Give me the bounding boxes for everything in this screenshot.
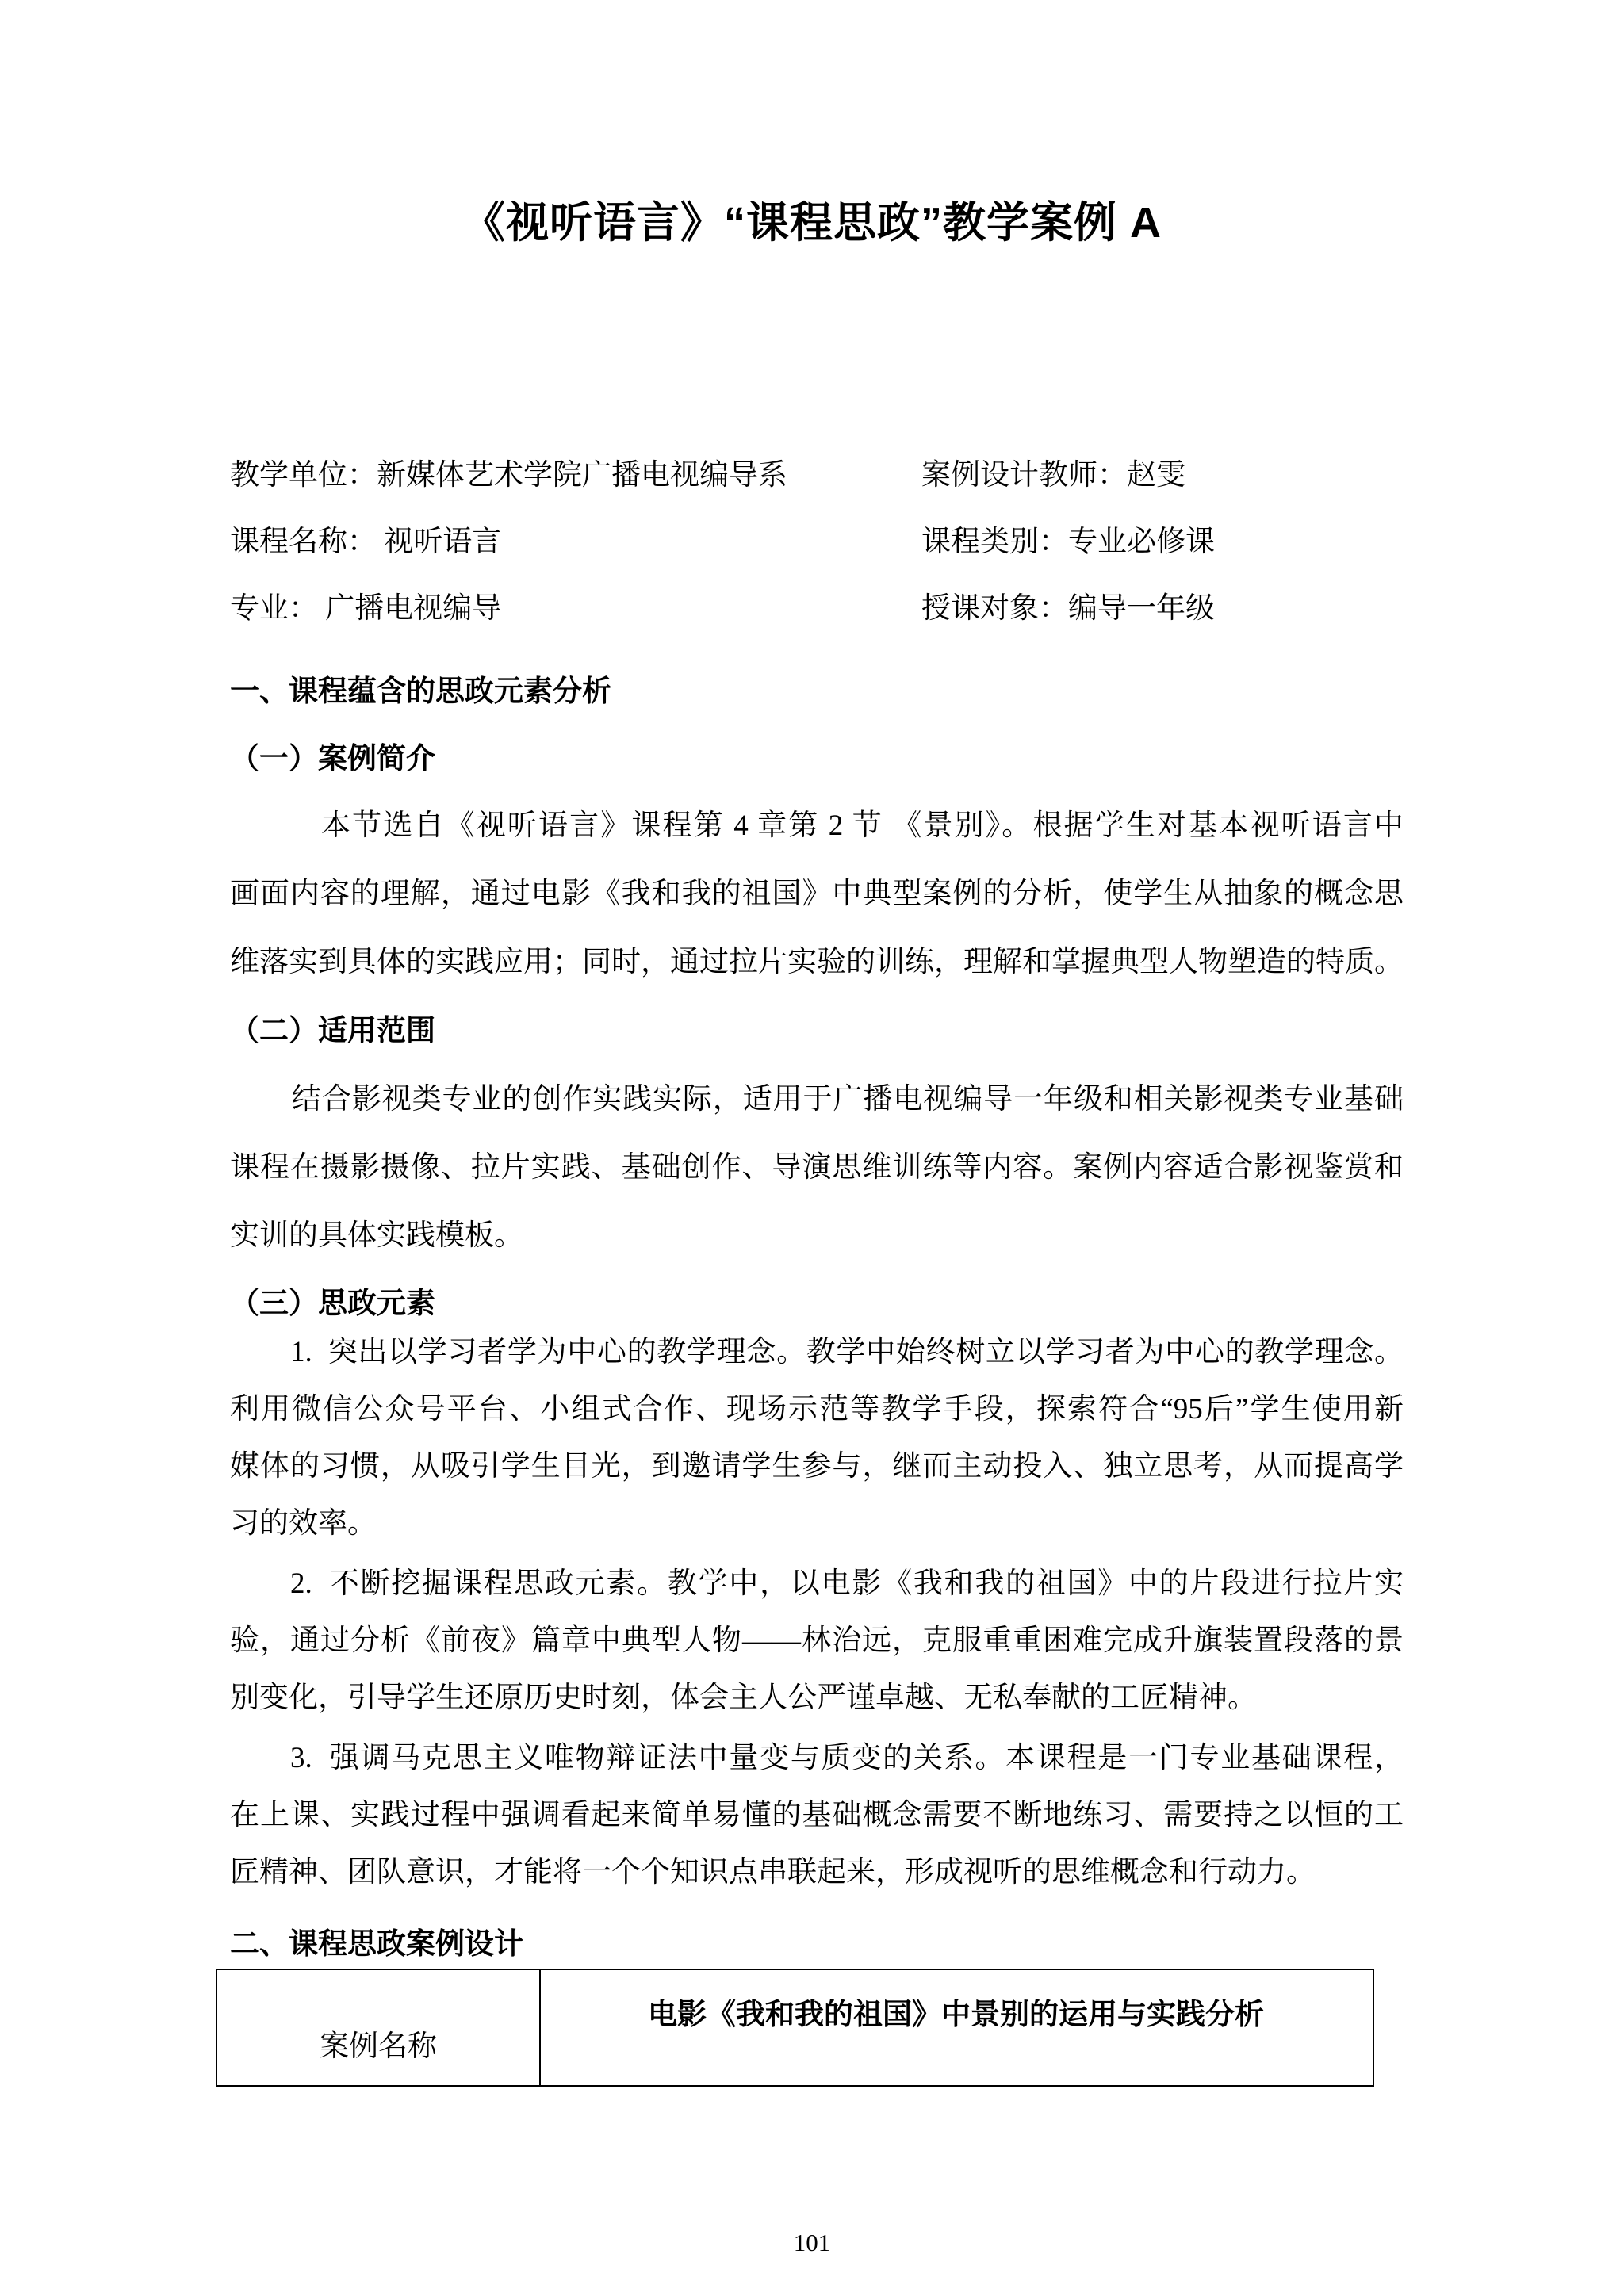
subsection-1-heading: （一）案例简介 — [230, 744, 1404, 775]
meta-case-designer: 案例设计教师：赵雯 — [921, 460, 1477, 492]
meta-audience: 授课对象：编导一年级 — [921, 593, 1477, 625]
case-name-label-cell: 案例名称 — [217, 2032, 539, 2061]
paragraph-line: 实训的具体实践模板。 — [230, 1220, 1404, 1252]
case-design-table: 案例名称 电影《我和我的祖国》中景别的运用与实践分析 — [216, 1969, 1374, 2087]
page-title: 《视听语言》“课程思政”教学案例 A — [0, 201, 1624, 246]
paragraph-line: 维落实到具体的实践应用；同时，通过拉片实验的训练，理解和掌握典型人物塑造的特质。 — [230, 947, 1404, 978]
meta-course-type: 课程类别：专业必修课 — [921, 526, 1477, 558]
numbered-item-line: 2. 不断挖掘课程思政元素。教学中，以电影《我和我的祖国》中的片段进行拉片实 — [230, 1568, 1404, 1600]
numbered-item-line: 在上课、实践过程中强调看起来简单易懂的基础概念需要不断地练习、需要持之以恒的工 — [230, 1800, 1404, 1831]
case-name-value-cell: 电影《我和我的祖国》中景别的运用与实践分析 — [541, 2000, 1371, 2030]
numbered-item-line: 验，通过分析《前夜》篇章中典型人物——林治远，克服重重困难完成升旗装置段落的景 — [230, 1625, 1404, 1657]
numbered-item-line: 习的效率。 — [230, 1508, 1404, 1540]
numbered-item-line: 媒体的习惯，从吸引学生目光，到邀请学生参与，继而主动投入、独立思考，从而提高学 — [230, 1451, 1404, 1483]
subsection-3-heading: （三）思政元素 — [230, 1288, 1404, 1320]
paragraph-line: 画面内容的理解，通过电影《我和我的祖国》中典型案例的分析，使学生从抽象的概念思 — [230, 878, 1404, 910]
subsection-2-heading: （二）适用范围 — [230, 1016, 1404, 1047]
paragraph-line: 结合影视类专业的创作实践实际，适用于广播电视编导一年级和相关影视类专业基础 — [230, 1084, 1404, 1115]
section-2-heading: 二、课程思政案例设计 — [230, 1929, 1404, 1961]
paragraph-line: 课程在摄影摄像、拉片实践、基础创作、导演思维训练等内容。案例内容适合影视鉴赏和 — [230, 1152, 1404, 1184]
numbered-item-line: 3. 强调马克思主义唯物辩证法中量变与质变的关系。本课程是一门专业基础课程， — [230, 1743, 1404, 1774]
section-1-heading: 一、课程蕴含的思政元素分析 — [230, 676, 1404, 708]
numbered-item-line: 利用微信公众号平台、小组式合作、现场示范等教学手段，探索符合“95后”学生使用新 — [230, 1394, 1404, 1425]
numbered-item-line: 1. 突出以学习者学为中心的教学理念。教学中始终树立以学习者为中心的教学理念。 — [230, 1337, 1404, 1368]
numbered-item-line: 匠精神、团队意识，才能将一个个知识点串联起来，形成视听的思维概念和行动力。 — [230, 1857, 1404, 1888]
numbered-item-line: 别变化，引导学生还原历史时刻，体会主人公严谨卓越、无私奉献的工匠精神。 — [230, 1682, 1404, 1714]
paragraph-line: 本节选自《视听语言》课程第 4 章第 2 节 《景别》。根据学生对基本视听语言中 — [230, 810, 1404, 842]
page-number: 101 — [0, 2230, 1624, 2255]
document-page: 《视听语言》“课程思政”教学案例 A 教学单位：新媒体艺术学院广播电视编导系 案… — [0, 0, 1624, 2296]
